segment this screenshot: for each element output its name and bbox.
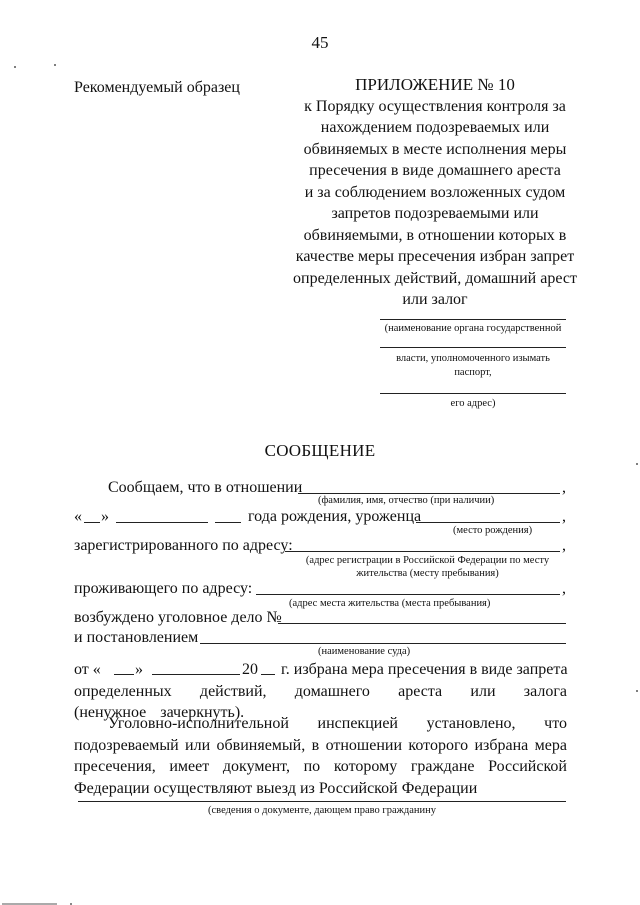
line-6-label: и постановлением <box>74 629 198 647</box>
appendix-block: ПРИЛОЖЕНИЕ № 10 к Порядку осуществления … <box>280 74 590 311</box>
appendix-line: к Порядку осуществления контроля за <box>280 96 590 118</box>
birth-year-field[interactable] <box>215 522 241 523</box>
appendix-title: ПРИЛОЖЕНИЕ № 10 <box>280 74 590 96</box>
line-3-label: зарегистрированного по адресу: <box>74 537 293 555</box>
message-heading: СООБЩЕНИЕ <box>0 441 640 461</box>
line-1-label: Сообщаем, что в отношении <box>108 479 302 497</box>
addressee-caption-4: его адрес) <box>370 397 576 410</box>
court-name-field[interactable] <box>200 643 566 644</box>
registration-caption-1: (адрес регистрации в Российской Федераци… <box>285 555 570 566</box>
birth-month-field[interactable] <box>116 522 208 523</box>
birthplace-field[interactable] <box>416 522 560 523</box>
year-prefix: 20 <box>242 659 258 681</box>
birth-day-field[interactable] <box>84 522 100 523</box>
comma: , <box>562 580 566 598</box>
residence-caption: (адрес места жительства (места пребывани… <box>289 598 490 609</box>
scan-speck <box>54 64 56 66</box>
appendix-line: обвиняемых в месте исполнения меры <box>280 139 590 161</box>
quote-close: » <box>101 508 109 526</box>
comma: , <box>562 479 566 497</box>
comma: , <box>562 537 566 555</box>
inspection-paragraph: Уголовно-исполнительной инспекцией устан… <box>74 713 567 799</box>
registration-address-field[interactable] <box>285 551 560 552</box>
decision-month-field[interactable] <box>152 674 240 675</box>
line-4-label: проживающего по адресу: <box>74 580 252 598</box>
measure-text-start: г. избрана мера пресечения в виде запрет… <box>281 659 567 681</box>
line-5-label: возбуждено уголовное дело № <box>74 609 282 627</box>
residence-address-field[interactable] <box>256 594 560 595</box>
inspection-text: Уголовно-исполнительной инспекцией устан… <box>74 713 567 799</box>
appendix-line: пресечения в виде домашнего ареста <box>280 160 590 182</box>
document-details-field[interactable] <box>78 801 566 802</box>
quote-open: « <box>74 508 82 526</box>
appendix-line: или залог <box>280 289 590 311</box>
document-details-caption: (сведения о документе, дающем право граж… <box>78 805 566 816</box>
appendix-line: обвиняемыми, в отношении которых в <box>280 225 590 247</box>
birthplace-caption: (место рождения) <box>453 525 532 536</box>
addressee-blank-1[interactable] <box>380 319 566 320</box>
decision-day-field[interactable] <box>114 674 134 675</box>
from-label: от « <box>74 659 101 681</box>
court-name-caption: (наименование суда) <box>318 646 410 657</box>
full-name-caption: (фамилия, имя, отчество (при наличии) <box>318 495 494 506</box>
scan-speck <box>636 690 638 692</box>
addressee-blank-2[interactable] <box>380 347 566 348</box>
comma: , <box>562 508 566 526</box>
addressee-caption-3: паспорт, <box>370 366 576 379</box>
scan-speck <box>14 66 16 68</box>
addressee-caption-2: власти, уполномоченного изымать <box>370 352 576 365</box>
criminal-case-number-field[interactable] <box>278 623 566 624</box>
appendix-line: определенных действий, домашний арест <box>280 268 590 290</box>
appendix-line: и за соблюдением возложенных судом <box>280 182 590 204</box>
line-2-label: года рождения, уроженца <box>248 508 421 526</box>
scan-speck <box>636 463 638 465</box>
appendix-line: запретов подозреваемыми или <box>280 203 590 225</box>
quote-close: » <box>135 659 143 681</box>
appendix-line: качестве меры пресечения избран запрет <box>280 246 590 268</box>
addressee-blank-3[interactable] <box>380 393 566 394</box>
page-number: 45 <box>0 33 640 53</box>
registration-caption-2: жительства (месту пребывания) <box>285 568 570 579</box>
decision-year-field[interactable] <box>261 674 275 675</box>
appendix-line: нахождением подозреваемых или <box>280 117 590 139</box>
full-name-field[interactable] <box>298 493 560 494</box>
addressee-caption-1: (наименование органа государственной <box>370 322 576 335</box>
recommended-sample-label: Рекомендуемый образец <box>74 79 240 97</box>
